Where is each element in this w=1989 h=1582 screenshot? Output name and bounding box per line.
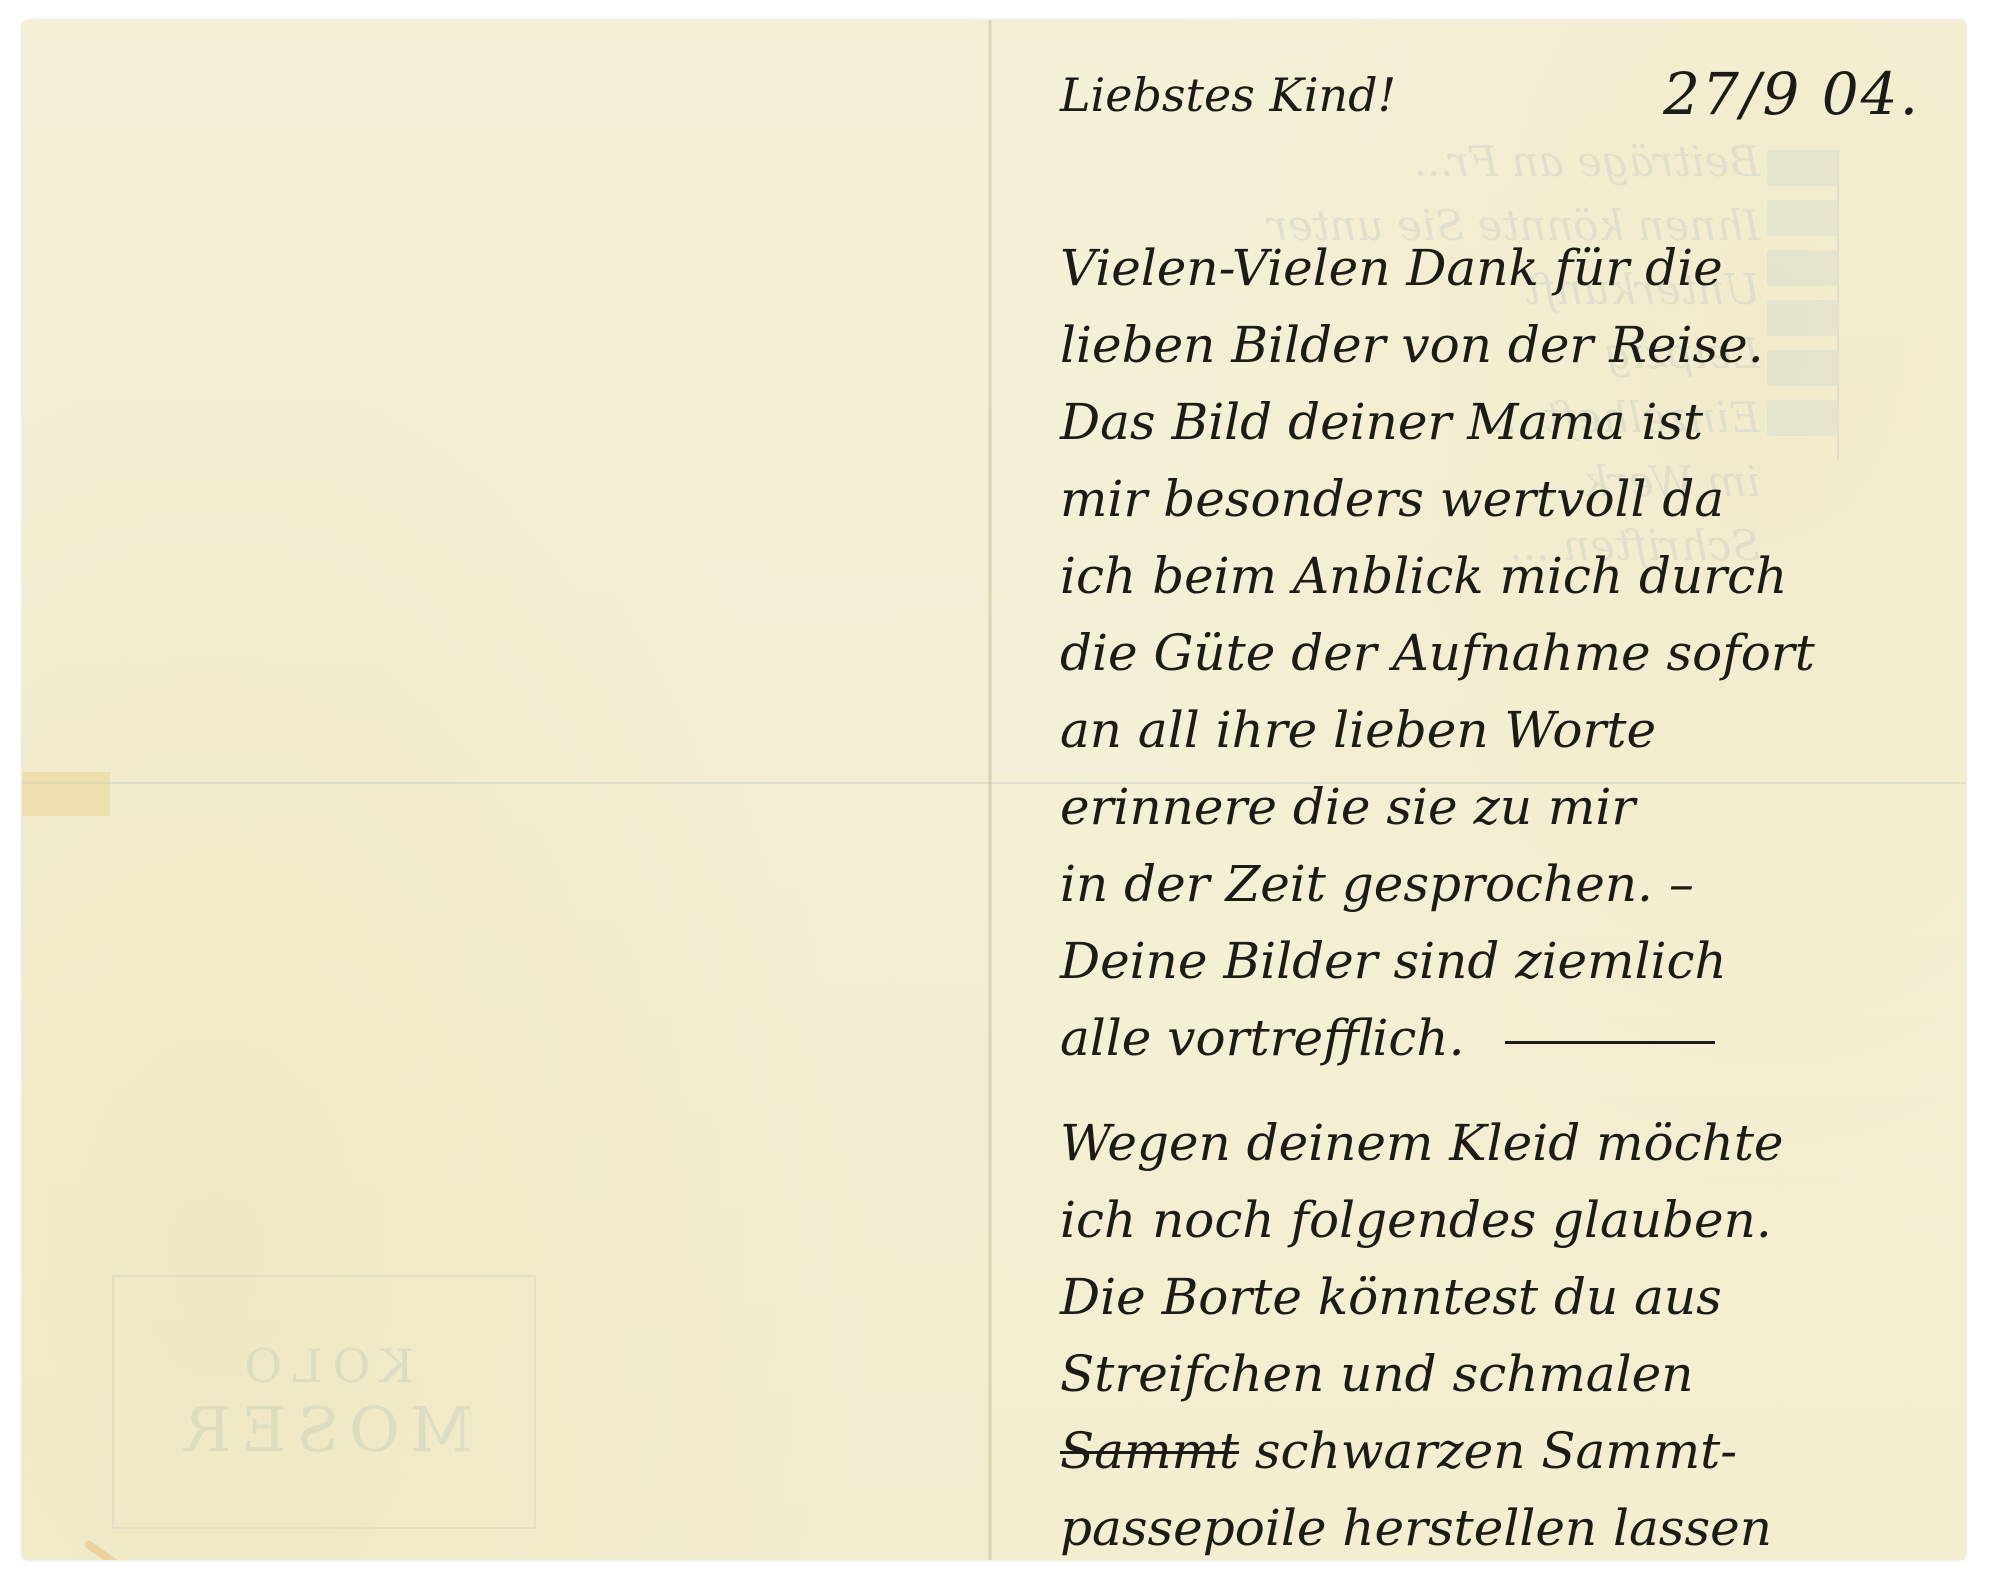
letter-line: an all ihre lieben Worte [1060,692,1920,769]
center-fold [988,20,992,1560]
letter-line: Deine Bilder sind ziemlich [1060,923,1920,1000]
salutation: Liebstes Kind! [1060,68,1396,122]
horizontal-rule [1505,1041,1715,1044]
tape-strip [22,772,110,816]
letter-line-corrected: Sammt schwarzen Sammt- [1060,1413,1920,1490]
letter-line: ich noch folgendes glauben. [1060,1182,1920,1259]
letter-line: mir besonders wertvoll da [1060,461,1920,538]
letter-line: die Güte der Aufnahme sofort [1060,615,1920,692]
letter-line: lieben Bilder von der Reise. [1060,307,1920,384]
struck-word: Sammt [1060,1422,1239,1480]
letter-line: Vielen-Vielen Dank für die [1060,230,1920,307]
letter-header: Liebstes Kind! 27/9 04. [1060,60,1920,150]
stamp-bleedthrough: KOLO MOSER [112,1275,536,1529]
stamp-line-1: KOLO [234,1339,413,1393]
letter-line-text: alle vortrefflich. [1060,1009,1465,1067]
letter-body: Vielen-Vielen Dank für die lieben Bilder… [1060,230,1920,1567]
left-page: KOLO MOSER [22,20,990,1560]
stamp-line-2: MOSER [175,1393,474,1466]
letter-line: Wegen deinem Kleid möchte [1060,1105,1920,1182]
letter-date: 27/9 04. [1663,60,1920,128]
letter-line: Streifchen und schmalen [1060,1336,1920,1413]
letter-line: Die Borte könntest du aus [1060,1259,1920,1336]
bleed-mark [1767,150,1837,186]
letter-line-text: schwarzen Sammt- [1255,1422,1737,1480]
letter-line: ich beim Anblick mich durch [1060,538,1920,615]
letter-line: erinnere die sie zu mir [1060,769,1920,846]
letter-line-with-rule: alle vortrefflich. [1060,1000,1920,1077]
paper-stain [83,1539,120,1560]
letter-line: Das Bild deiner Mama ist [1060,384,1920,461]
letter-line: in der Zeit gesprochen. – [1060,846,1920,923]
letter-line: passepoile herstellen lassen [1060,1490,1920,1567]
